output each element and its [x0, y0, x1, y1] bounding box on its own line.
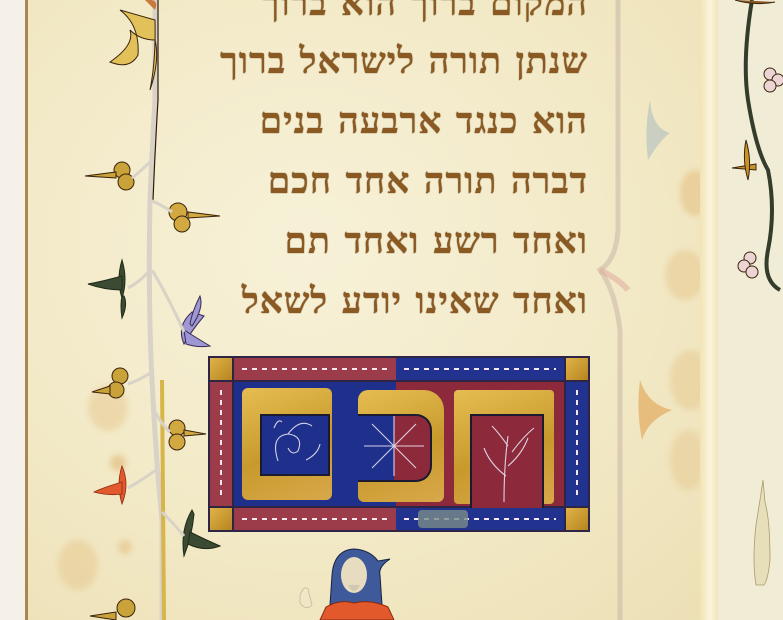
gold-leaf: [732, 140, 756, 180]
show-through-decoration: [590, 0, 700, 620]
page-edge: [25, 0, 28, 620]
gold-acanthus-leaf: [110, 10, 157, 90]
hare-sketch: [754, 480, 770, 585]
manuscript-scene: המקום ברוך הוא ברוך שנתן תורה לישראל ברו…: [0, 0, 783, 620]
text-line: ואחד רשע ואחד תם: [285, 220, 588, 262]
pink-flower: [738, 252, 758, 278]
text-line: שנתן תורה לישראל ברוך: [220, 40, 588, 82]
gold-trefoil-leaf: [85, 162, 134, 190]
gold-trefoil-leaf: [92, 368, 128, 398]
gold-trefoil-leaf: [90, 599, 135, 620]
outer-background: [0, 0, 27, 620]
hooded-figure: [290, 545, 410, 620]
lavender-quatrefoil-leaf: [181, 296, 210, 347]
text-line: המקום ברוך הוא ברוך: [262, 0, 588, 24]
gutter: [700, 0, 720, 620]
red-quatrefoil-leaf: [94, 466, 126, 504]
illuminated-word-panel: חכם: [208, 356, 590, 532]
gold-trefoil-leaf: [169, 203, 220, 232]
gold-trefoil-leaf: [169, 420, 206, 450]
right-vine-decoration: [730, 0, 783, 620]
pink-flower: [764, 68, 783, 92]
text-line: ואחד שאינו יודע לשאל: [242, 280, 588, 322]
text-line: דברה תורה אחד חכם: [268, 160, 588, 202]
green-quatrefoil-leaf: [88, 260, 126, 318]
text-line: הוא כנגד ארבעה בנים: [260, 100, 588, 142]
white-filigree: [208, 356, 590, 532]
